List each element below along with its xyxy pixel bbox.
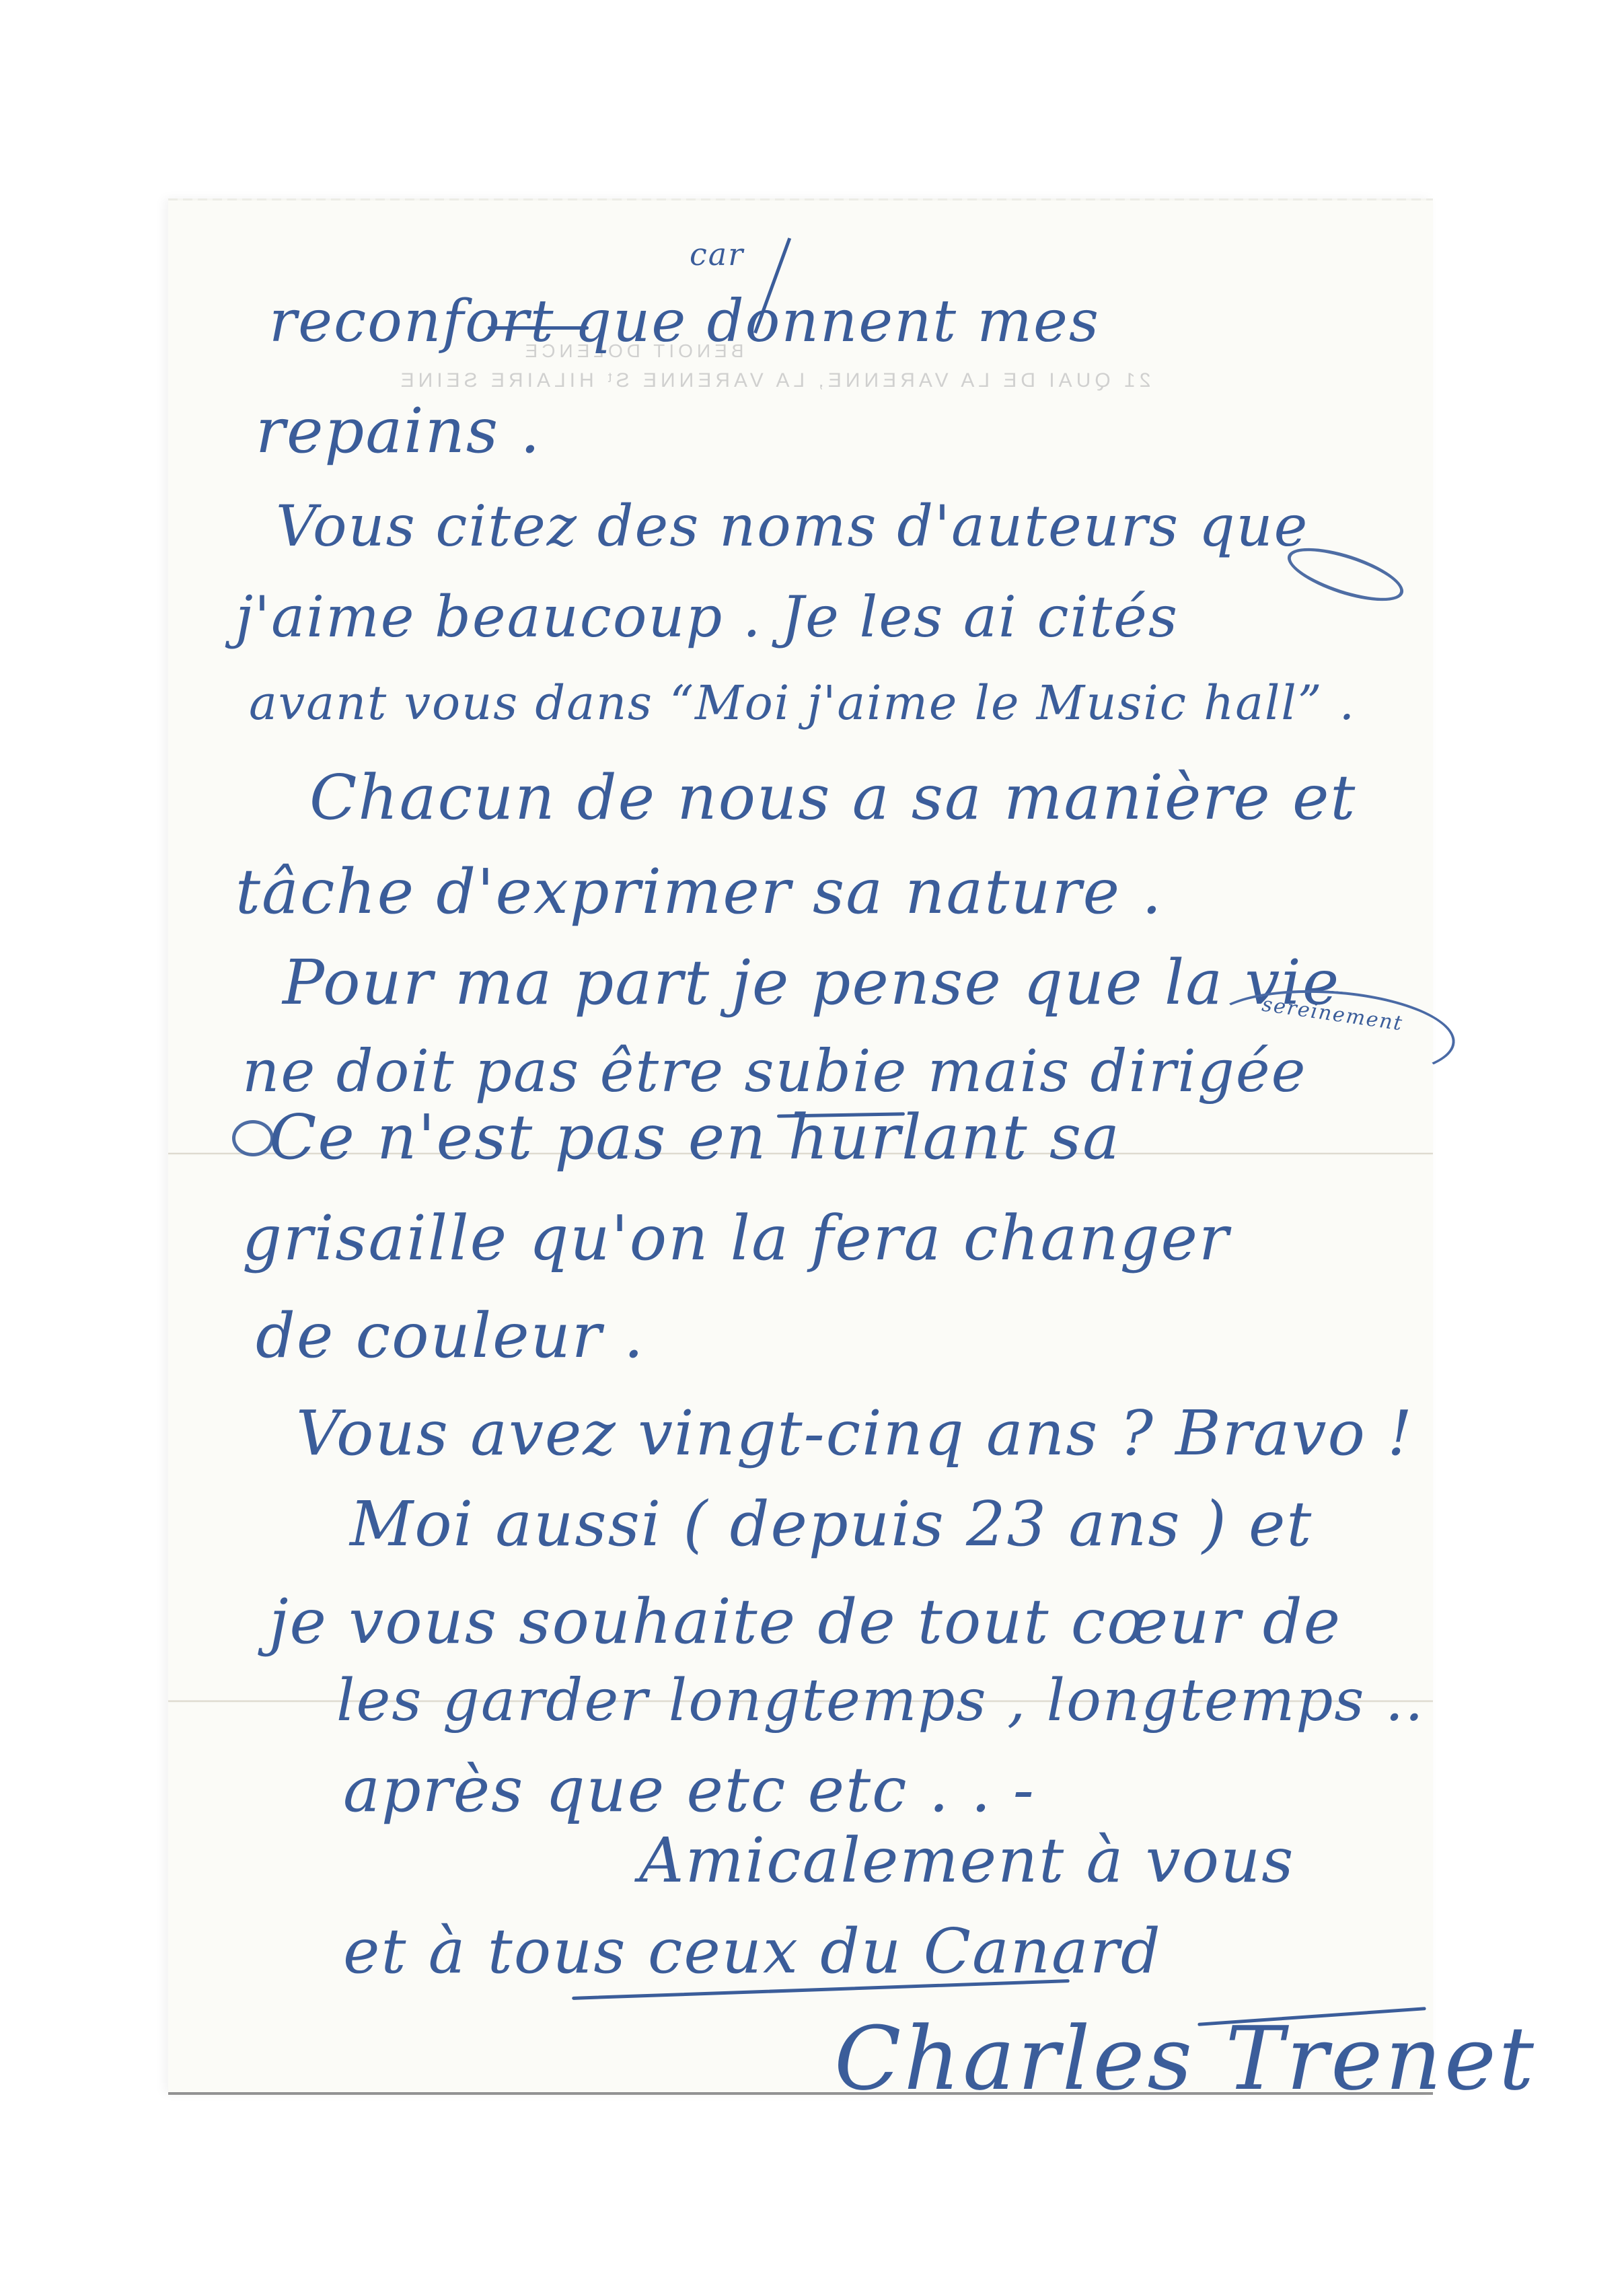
letter-line-11: grisaille qu'on la fera changer [242,1208,1230,1269]
letter-line-14: Moi aussi ( depuis 23 ans ) et [350,1493,1313,1555]
crossed-out-scribble [232,1120,274,1156]
letter-line-9: ne doit pas être subie mais dirigée [242,1043,1307,1101]
letter-line-3: Vous citez des noms d'auteurs que [276,498,1308,554]
letterhead-address: 21 QUAI DE LA VARENNE, LA VARENNE Sᵗ HIL… [269,366,1278,396]
letter-line-2: repains . [256,400,542,462]
letter-line-19: et à tous ceux du Canard [343,1921,1162,1983]
letter-line-6: Chacun de nous a sa manière et [309,767,1356,829]
crossed-out-scribble [1282,538,1409,612]
letter-line-13: Vous avez vingt-cinq ans ? Bravo ! [296,1403,1413,1465]
letter-line-17: après que etc etc . . - [343,1759,1035,1821]
letter-line-15: je vous souhaite de tout cœur de [269,1591,1341,1653]
letter-line-16: les garder longtemps , longtemps .. [336,1672,1425,1730]
letter-line-10: Ce n'est pas en hurlant sa [269,1107,1121,1169]
letter-line-1: reconfort que donnent mes [269,293,1100,350]
strikethrough-que [488,326,589,330]
signature: Charles Trenet [834,2015,1537,2102]
letter-line-7: tâche d'exprimer sa nature . [235,861,1163,923]
letter-line-18-closing: Amicalement à vous [639,1830,1294,1892]
letter-line-8: Pour ma part je pense que la vie [283,952,1340,1014]
letter-line-12: de couleur . [256,1305,644,1367]
insertion-car: car [690,239,744,270]
letter-line-5: avant vous dans “Moi j'aime le Music hal… [249,679,1356,727]
letter-sheet: BENOIT DOLENCE 21 QUAI DE LA VARENNE, LA… [168,198,1433,2094]
letter-line-4: j'aime beaucoup . Je les ai cités [235,589,1179,645]
paper-top-edge [168,198,1433,200]
